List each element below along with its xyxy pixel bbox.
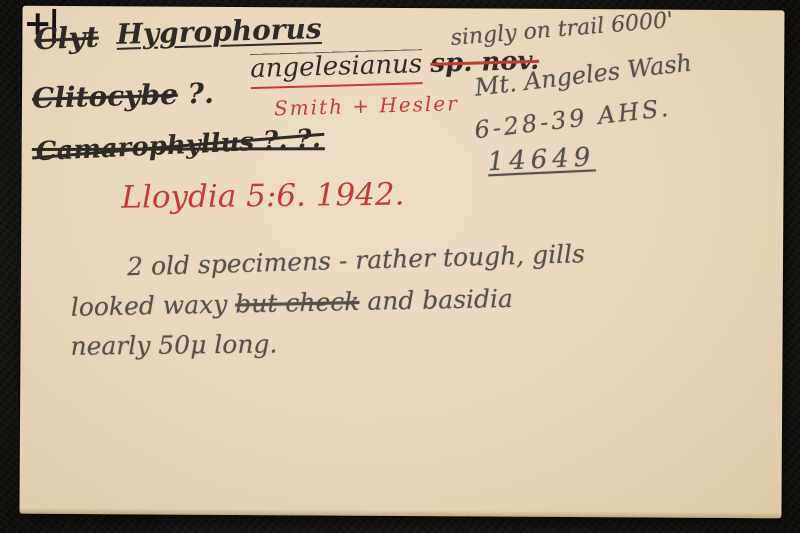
authors: Smith + Hesler: [274, 93, 459, 118]
clitocybe-question-mark: ?.: [187, 77, 214, 111]
crossed-genus-clitocybe: Clitocybe: [32, 78, 179, 115]
habitat-note: singly on trail 6000': [450, 10, 674, 50]
notes-line-2-post: and basidia: [367, 284, 513, 316]
collection-number: 14649: [487, 144, 596, 175]
genus-name: Hygrophorus: [116, 15, 322, 49]
citation: Lloydia 5:6. 1942.: [121, 180, 404, 214]
notes-line-2: looked waxy but check and basidia: [71, 286, 514, 320]
notes-line-2-pre: looked waxy: [71, 289, 236, 321]
date-and-collector: 6-28-39 AHS.: [473, 96, 672, 143]
notes-line-3: nearly 50μ long.: [70, 331, 277, 358]
species-epithet: angelesianus: [250, 49, 423, 89]
crossed-genus-clitocybe-line: Clitocybe ?.: [32, 80, 215, 113]
crossed-genus-clyt: Clyt: [34, 22, 100, 54]
notes-line-1: 2 old specimens - rather tough, gills: [127, 241, 585, 279]
crossed-genus-camarophyllus: Camarophyllus ?. ?.: [35, 126, 321, 165]
index-card: +| Clyt Hygrophorus singly on trail 6000…: [19, 6, 784, 519]
notes-crossed-words: but check: [235, 287, 360, 318]
